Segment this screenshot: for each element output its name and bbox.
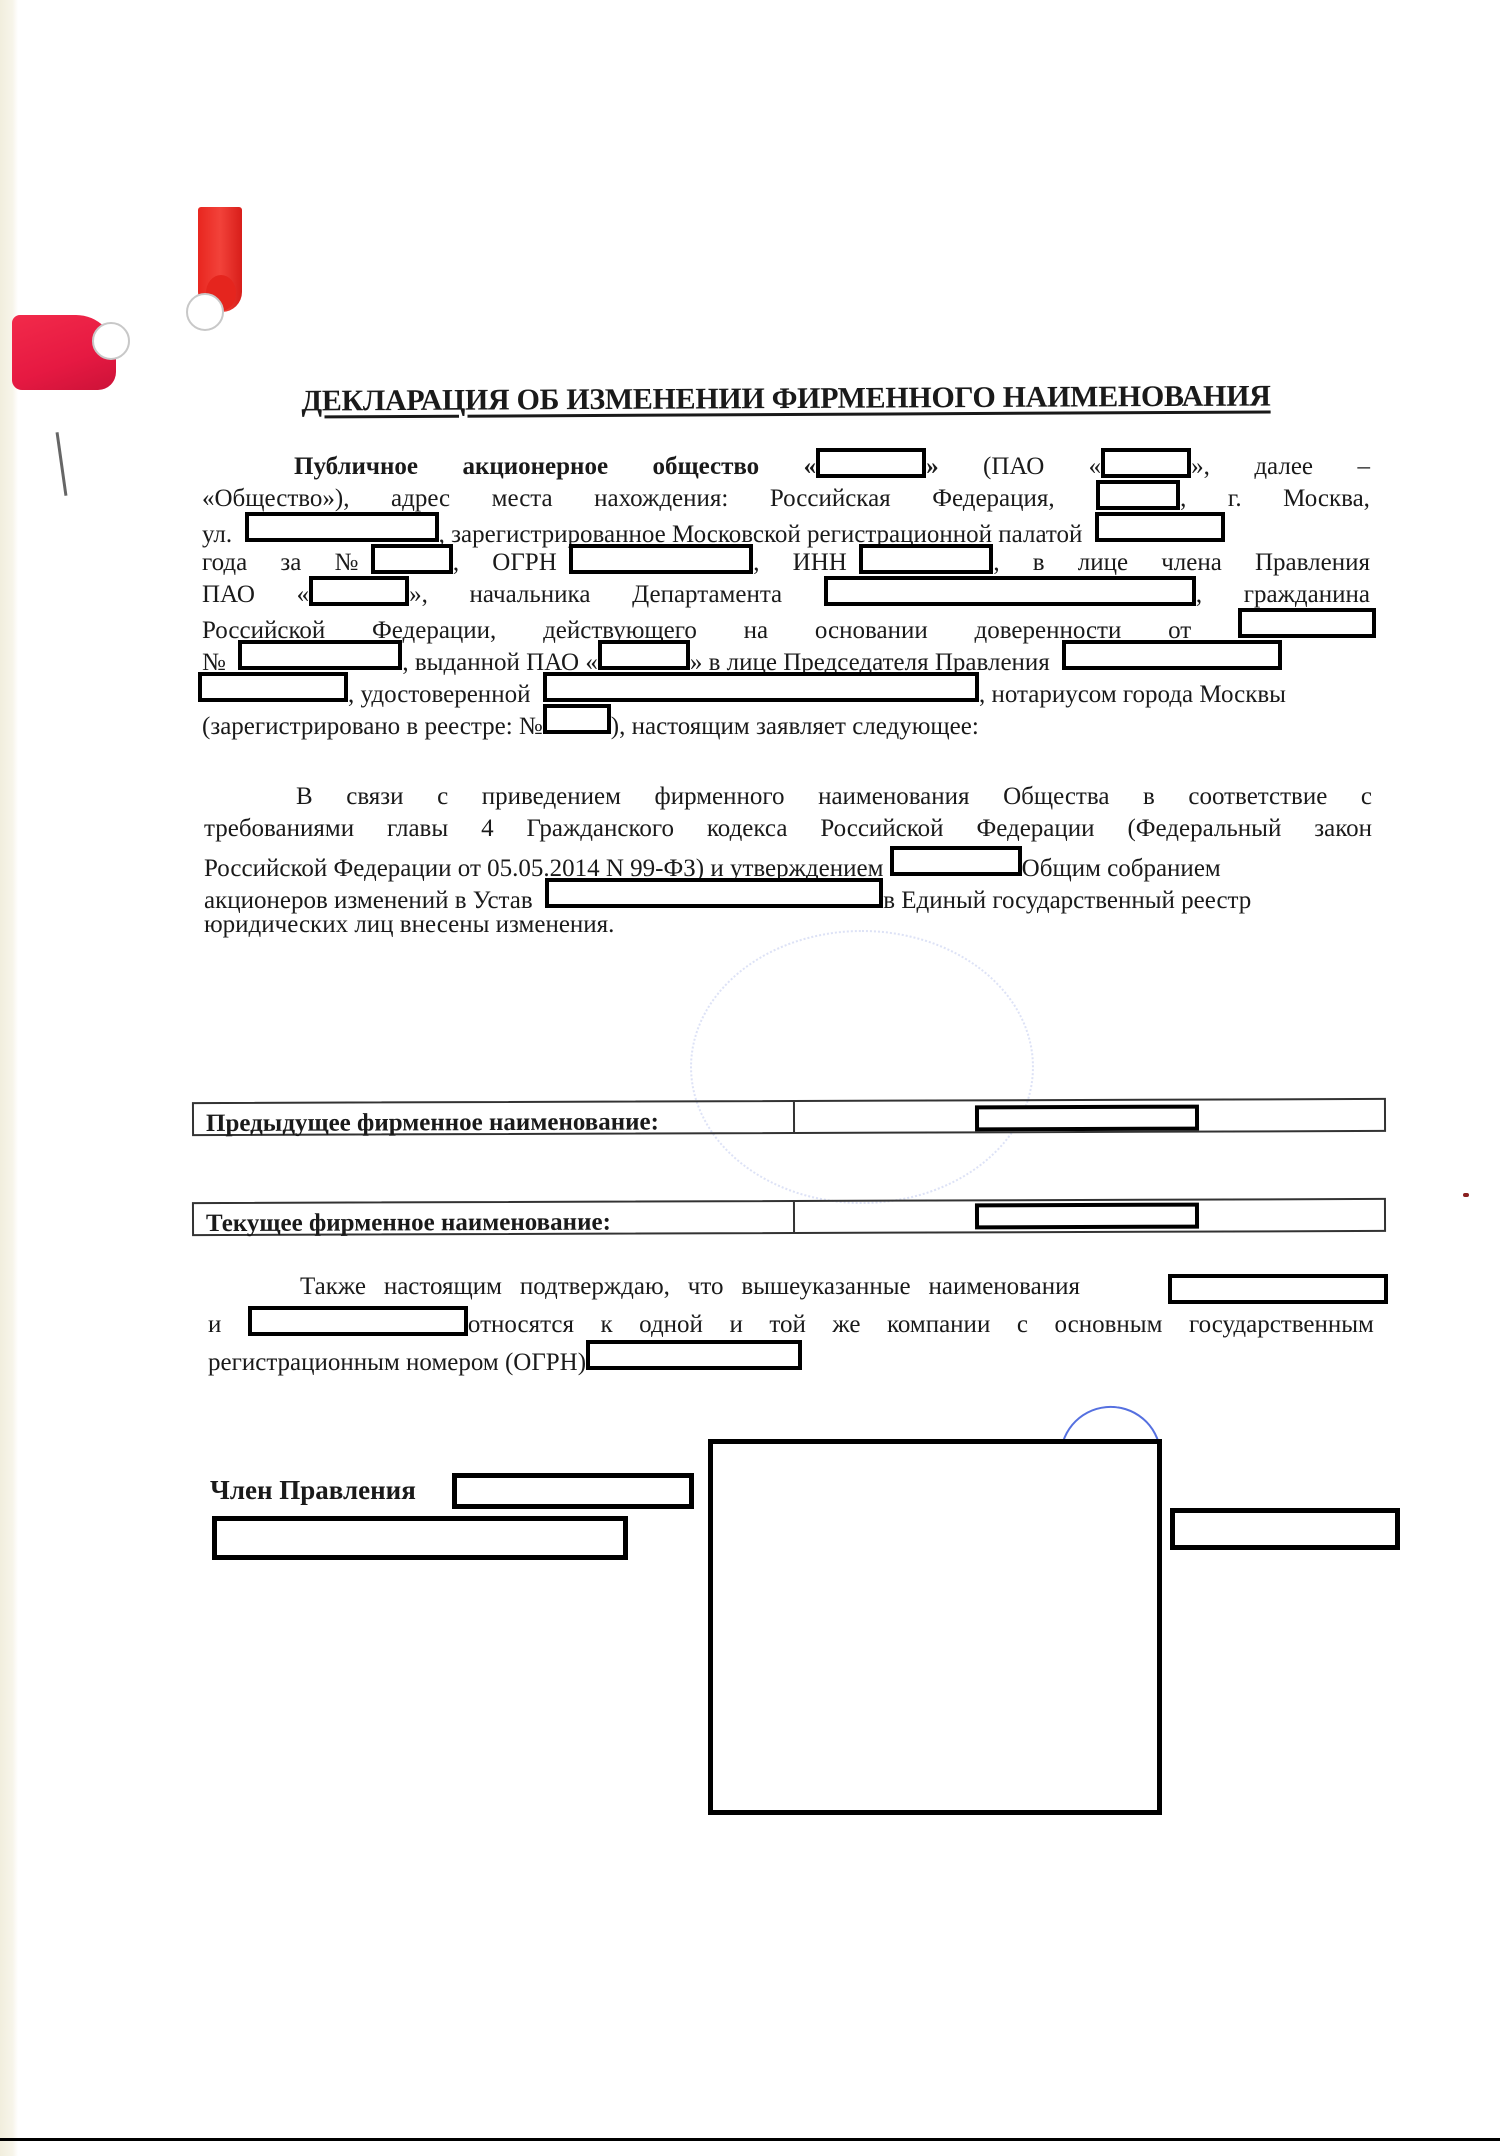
redacted-poa-date (1238, 608, 1376, 638)
previous-name-value (795, 1100, 1384, 1132)
redacted-company-name (816, 448, 926, 478)
previous-name-row: Предыдущее фирменное наименование: (192, 1098, 1386, 1136)
redacted-notary (543, 672, 979, 702)
p3-line-1: Также настоящим подтверждаю, что вышеука… (300, 1272, 1080, 1302)
redacted-current-name (975, 1203, 1199, 1230)
redacted-reg-date (1095, 512, 1225, 542)
redacted-registry-number (543, 704, 611, 734)
redacted-signature-stamp (708, 1439, 1162, 1815)
redacted-postal-code (1096, 480, 1180, 510)
page-bottom-edge (0, 2138, 1500, 2141)
redacted-department (824, 576, 1196, 606)
p3-line-2: и относятся к одной и той же компании с … (208, 1306, 1374, 1340)
redacted-inn (859, 544, 993, 574)
redacted-chairman-name (1062, 640, 1282, 670)
redacted-street (245, 512, 439, 542)
p2-line-2: требованиями главы 4 Гражданского кодекс… (204, 814, 1372, 844)
redacted-reg-number (371, 544, 453, 574)
redacted-signatory-name (212, 1516, 628, 1560)
redacted-charter-details (545, 878, 883, 908)
redacted-poa-number (238, 640, 402, 670)
binding-hole (92, 322, 130, 360)
current-name-label: Текущее фирменное наименование: (194, 1202, 795, 1234)
redacted-short-name (1101, 448, 1191, 478)
p1-line-1: Публичное акционерное общество «» (ПАО «… (294, 448, 1370, 482)
ink-dot (1463, 1193, 1469, 1197)
redacted-signatory-surname (452, 1473, 694, 1509)
current-name-value (795, 1200, 1384, 1232)
staple-mark (56, 432, 68, 496)
redacted-previous-name (975, 1105, 1199, 1132)
p1-line-4: года за № , ОГРН , ИНН , в лице члена Пр… (202, 544, 1370, 578)
p1-line-2: «Общество»), адрес места нахождения: Рос… (202, 480, 1370, 514)
binding-hole (186, 293, 224, 331)
p1-line-9: (зарегистрировано в реестре: №), настоящ… (202, 704, 1370, 742)
current-name-row: Текущее фирменное наименование: (192, 1198, 1386, 1236)
redacted-chairman-name-cont (198, 672, 348, 702)
redacted-approval-date (890, 846, 1022, 876)
document-title: ДЕКЛАРАЦИЯ ОБ ИЗМЕНЕНИИ ФИРМЕННОГО НАИМЕ… (274, 379, 1298, 418)
redacted-ogrn (569, 544, 753, 574)
p2-line-1: В связи с приведением фирменного наимено… (296, 782, 1372, 812)
faint-stamp (690, 930, 1034, 1204)
redacted-name-1 (1168, 1274, 1388, 1304)
p1-line-5: ПАО «», начальника Департамента , гражда… (202, 576, 1370, 610)
p3-line-3: регистрационным номером (ОГРН) (208, 1340, 1108, 1378)
redacted-company-short (309, 576, 409, 606)
redacted-signature-date (1170, 1508, 1400, 1550)
redacted-name-2 (248, 1306, 468, 1336)
signatory-role: Член Правления (210, 1475, 416, 1505)
previous-name-label: Предыдущее фирменное наименование: (194, 1102, 795, 1134)
p2-line-5: юридических лиц внесены изменения. (204, 910, 1372, 940)
redacted-ogrn-2 (586, 1340, 802, 1370)
redacted-issuer-name (598, 640, 690, 670)
